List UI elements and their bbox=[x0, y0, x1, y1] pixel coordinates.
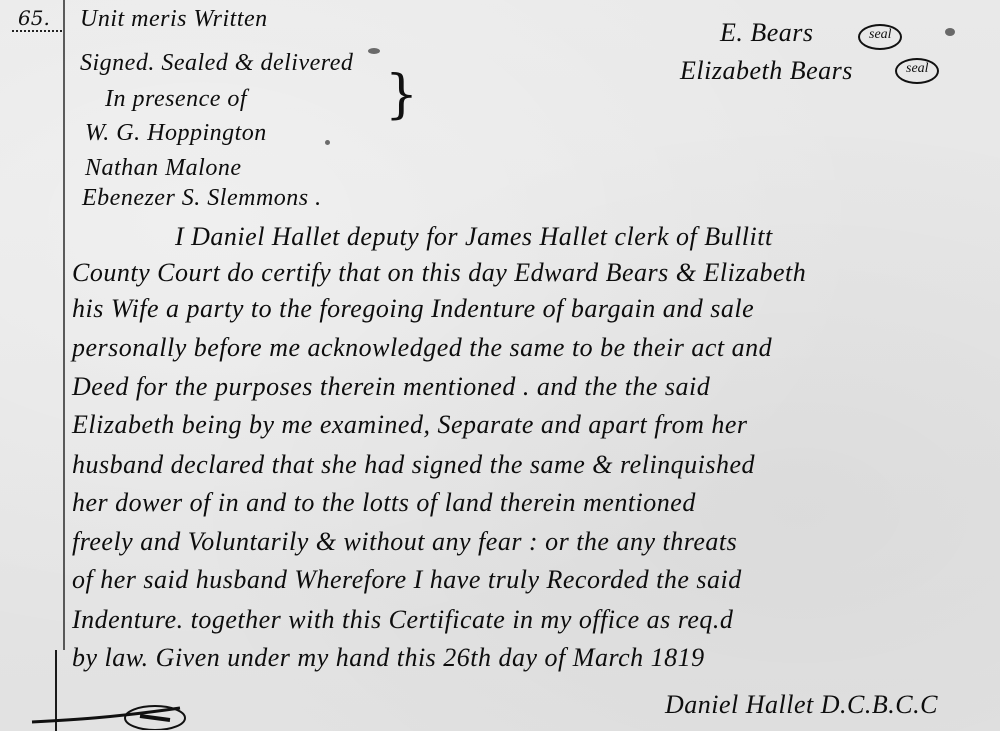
seal-mark: seal bbox=[869, 27, 892, 43]
witness-name: Nathan Malone bbox=[85, 155, 242, 182]
certificate-line: County Court do certify that on this day… bbox=[72, 258, 806, 288]
certificate-line: his Wife a party to the foregoing Indent… bbox=[72, 294, 754, 324]
certificate-line: freely and Voluntarily & without any fea… bbox=[72, 527, 737, 557]
certificate-line: Elizabeth being by me examined, Separate… bbox=[72, 410, 748, 440]
certificate-line: I Daniel Hallet deputy for James Hallet … bbox=[175, 222, 773, 252]
witness-brace-icon: } bbox=[385, 65, 407, 125]
certificate-line: her dower of in and to the lotts of land… bbox=[72, 488, 696, 518]
page-number-underline bbox=[12, 30, 62, 35]
attestation-line: Unit meris Written bbox=[80, 6, 268, 33]
seal-icon: seal bbox=[858, 24, 902, 50]
witness-name: W. G. Hoppington bbox=[85, 120, 267, 147]
ink-blot bbox=[945, 28, 955, 36]
page-number: 65. bbox=[18, 6, 50, 30]
document-page: 65. Unit meris Written Signed. Sealed & … bbox=[0, 0, 1000, 731]
margin-rule bbox=[63, 0, 65, 650]
signatory-name: Elizabeth Bears bbox=[680, 56, 853, 86]
seal-icon: seal bbox=[895, 58, 939, 84]
seal-mark: seal bbox=[906, 61, 929, 77]
pen-flourish-icon bbox=[30, 700, 190, 730]
ink-blot bbox=[368, 48, 380, 54]
clerk-signature: Daniel Hallet D.C.B.C.C bbox=[665, 690, 938, 720]
witness-name: Ebenezer S. Slemmons . bbox=[82, 185, 322, 212]
ink-blot bbox=[325, 140, 330, 145]
certificate-line: of her said husband Wherefore I have tru… bbox=[72, 565, 742, 595]
certificate-line: Deed for the purposes therein mentioned … bbox=[72, 372, 710, 402]
attestation-line: In presence of bbox=[105, 86, 247, 113]
certificate-line: personally before me acknowledged the sa… bbox=[72, 333, 772, 363]
certificate-line: husband declared that she had signed the… bbox=[72, 450, 755, 480]
attestation-line: Signed. Sealed & delivered bbox=[80, 50, 353, 77]
certificate-line: Indenture. together with this Certificat… bbox=[72, 605, 733, 635]
certificate-line: by law. Given under my hand this 26th da… bbox=[72, 643, 705, 673]
signatory-name: E. Bears bbox=[720, 18, 814, 48]
